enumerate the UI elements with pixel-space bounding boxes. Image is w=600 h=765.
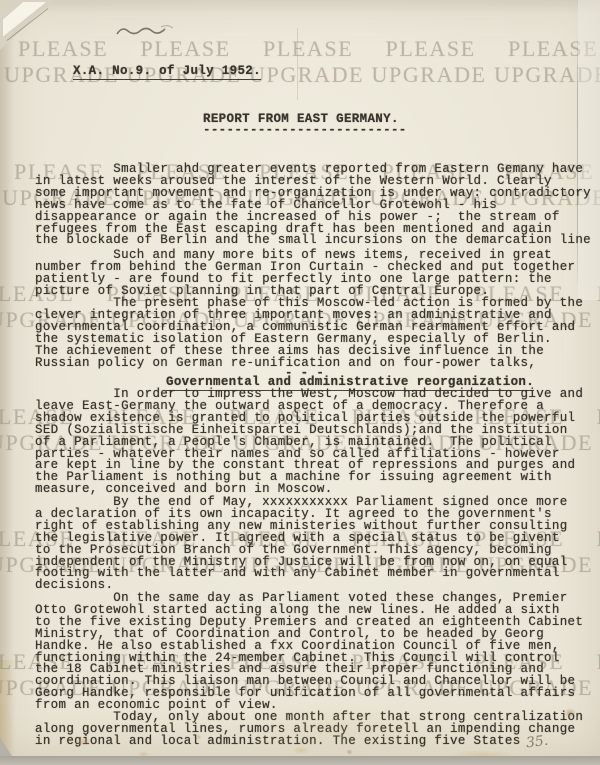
watermark-text: UPGRADE: [249, 62, 364, 88]
crease-top-middle: [297, 28, 298, 100]
watermark-text: PLEASE: [263, 36, 353, 62]
right-crease-band: [578, 0, 600, 300]
paragraph-1: Smaller ahd greater events reported from…: [35, 164, 591, 247]
watermark-text: PLEASE: [18, 36, 108, 62]
pencil-scribble: [114, 23, 178, 39]
left-edge-shading: [0, 0, 14, 756]
stain: [195, 734, 202, 740]
paragraph-5: By the end of May, xxxxxxxxxxx Parliamen…: [35, 497, 568, 592]
bottom-scan-edge: [0, 756, 600, 765]
watermark-text: PLEASE: [386, 36, 476, 62]
watermark-text: PLEASE: [597, 649, 600, 675]
stain: [564, 708, 576, 718]
watermark-text: PLEASE: [597, 404, 600, 430]
page-number: 35.: [525, 733, 549, 752]
paragraph-3: The present phase of this Moscow-led act…: [35, 298, 583, 369]
watermark-text: PLEASE: [141, 36, 231, 62]
watermark-text: PLEASE: [597, 526, 600, 552]
watermark-text: UPGRADE: [372, 62, 487, 88]
scanned-page: PLEASEUPGRADEPLEASEUPGRADEPLEASEUPGRADEP…: [0, 0, 600, 765]
stain: [76, 737, 91, 746]
paragraph-2: Such and many more bits of news items, r…: [35, 250, 575, 298]
stain: [240, 700, 430, 758]
paragraph-4: In order to impress the West, Moscow had…: [35, 389, 583, 496]
title-underline: --------------------------: [203, 125, 407, 137]
paragraph-6: On the same day as Parliament voted thes…: [35, 593, 583, 712]
reference-line: X.A. No.9. of July 1952.: [73, 66, 261, 80]
